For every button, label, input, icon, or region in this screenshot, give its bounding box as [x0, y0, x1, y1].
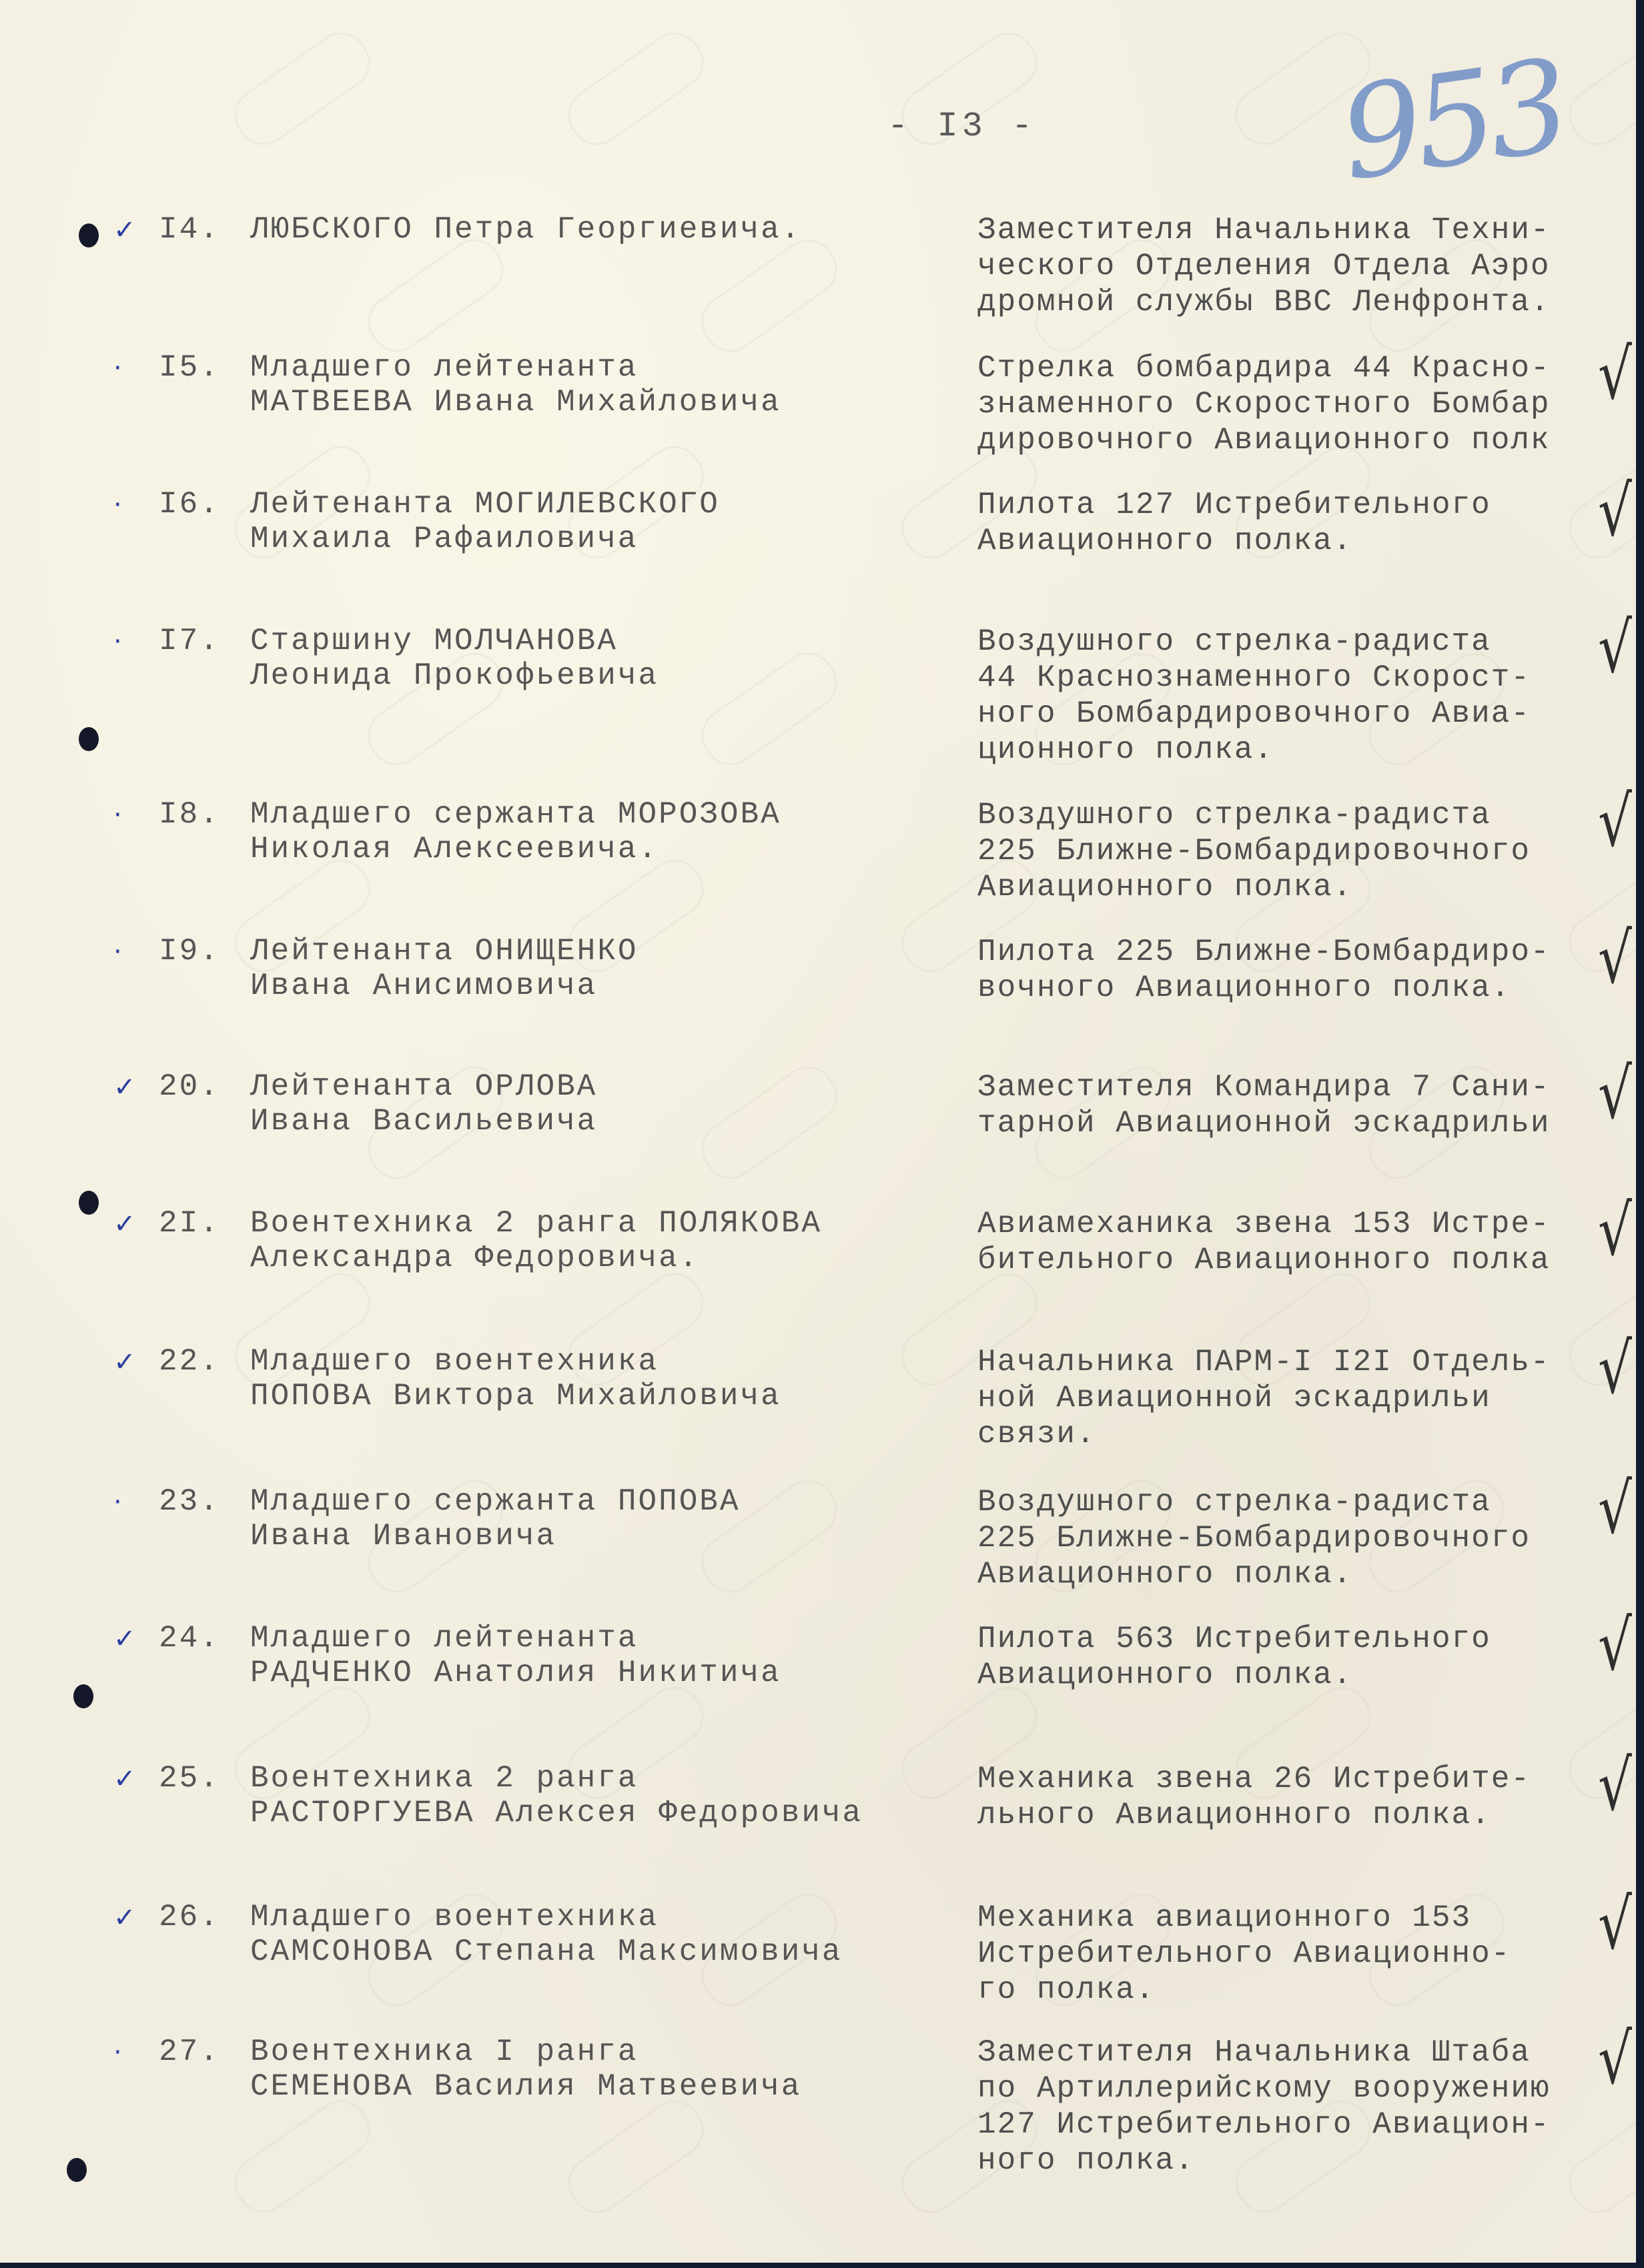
- position-description: Начальника ПАРМ-I I2I Отдель- ной Авиаци…: [977, 1344, 1636, 1452]
- watermark-stamp: [691, 642, 847, 776]
- entry-number: I5.: [159, 350, 220, 385]
- approval-check-icon: √: [1598, 1605, 1632, 1686]
- check-mark-icon: ·: [113, 1487, 122, 1518]
- watermark-stamp: [558, 22, 714, 155]
- approval-check-icon: √: [1598, 1745, 1632, 1826]
- approval-check-icon: √: [1598, 1884, 1632, 1964]
- check-mark-icon: ·: [113, 626, 122, 657]
- entry-number: I8.: [159, 797, 220, 832]
- rank-and-name: Воентехника 2 ранга ПОЛЯКОВА Александра …: [250, 1206, 822, 1275]
- position-description: Пилота 225 Ближне-Бомбардиро- вочного Ав…: [977, 934, 1636, 1006]
- watermark-stamp: [691, 1056, 847, 1189]
- watermark-stamp: [358, 229, 514, 362]
- approval-check-icon: √: [1598, 1468, 1632, 1549]
- approval-check-icon: √: [1598, 1190, 1632, 1271]
- check-mark-icon: ✓: [113, 1072, 136, 1103]
- check-mark-icon: ·: [113, 2037, 122, 2068]
- position-description: Пилота 563 Истребительного Авиационного …: [977, 1621, 1636, 1693]
- approval-check-icon: √: [1598, 471, 1632, 552]
- entry-number: 2I.: [159, 1206, 220, 1241]
- position-description: Заместителя Начальника Штаба по Артиллер…: [977, 2035, 1636, 2179]
- rank-and-name: Лейтенанта МОГИЛЕВСКОГО Михаила Рафаилов…: [250, 487, 720, 556]
- approval-check-icon: √: [1598, 334, 1632, 415]
- rank-and-name: Воентехника 2 ранга РАСТОРГУЕВА Алексея …: [250, 1761, 863, 1830]
- punch-hole: [73, 1684, 93, 1708]
- rank-and-name: Воентехника I ранга СЕМЕНОВА Василия Мат…: [250, 2035, 801, 2104]
- rank-and-name: Лейтенанта ОНИЩЕНКО Ивана Анисимовича: [250, 934, 639, 1003]
- position-description: Механика авиационного 153 Истребительног…: [977, 1900, 1636, 2008]
- position-description: Заместителя Командира 7 Сани- тарной Ави…: [977, 1069, 1636, 1141]
- position-description: Воздушного стрелка-радиста 225 Ближне-Бо…: [977, 797, 1636, 905]
- check-mark-icon: ✓: [113, 1209, 136, 1239]
- entry-number: I4.: [159, 212, 220, 247]
- document-page: - I3 - 953 ✓ I4. ЛЮБСКОГО Петра Георгиев…: [0, 0, 1636, 2263]
- position-description: Стрелка бомбардира 44 Красно- знаменного…: [977, 350, 1636, 458]
- check-mark-icon: ·: [113, 937, 122, 967]
- entry-number: 26.: [159, 1900, 220, 1934]
- rank-and-name: Лейтенанта ОРЛОВА Ивана Васильевича: [250, 1069, 597, 1139]
- punch-hole: [79, 727, 99, 751]
- position-description: Пилота 127 Истребительного Авиационного …: [977, 487, 1636, 559]
- watermark-stamp: [224, 22, 380, 155]
- entry-number: 24.: [159, 1621, 220, 1656]
- rank-and-name: Младшего сержанта ПОПОВА Ивана Ивановича: [250, 1484, 741, 1554]
- check-mark-icon: ·: [113, 353, 122, 384]
- approval-check-icon: √: [1598, 608, 1632, 688]
- check-mark-icon: ·: [113, 490, 122, 520]
- punch-hole: [79, 223, 99, 247]
- handwritten-archive-number: 953: [1332, 32, 1572, 209]
- approval-check-icon: √: [1598, 1053, 1632, 1134]
- approval-check-icon: √: [1598, 1328, 1632, 1409]
- check-mark-icon: ·: [113, 800, 122, 830]
- check-mark-icon: ✓: [113, 1902, 136, 1933]
- approval-check-icon: √: [1598, 781, 1632, 862]
- watermark-stamp: [691, 229, 847, 362]
- entry-number: 27.: [159, 2035, 220, 2069]
- entry-number: I9.: [159, 934, 220, 969]
- entry-number: I7.: [159, 624, 220, 658]
- entry-number: 22.: [159, 1344, 220, 1379]
- rank-and-name: Младшего воентехника ПОПОВА Виктора Миха…: [250, 1344, 781, 1413]
- rank-and-name: Младшего сержанта МОРОЗОВА Николая Алекс…: [250, 797, 781, 867]
- position-description: Авиамеханика звена 153 Истре- бительного…: [977, 1206, 1636, 1278]
- approval-check-icon: √: [1598, 918, 1632, 999]
- watermark-stamp: [224, 2090, 380, 2223]
- approval-check-icon: √: [1598, 2019, 1632, 2099]
- check-mark-icon: ✓: [113, 1624, 136, 1654]
- check-mark-icon: ✓: [113, 1764, 136, 1794]
- entry-number: 23.: [159, 1484, 220, 1519]
- punch-hole: [79, 1191, 99, 1215]
- rank-and-name: Младшего лейтенанта РАДЧЕНКО Анатолия Ни…: [250, 1621, 781, 1690]
- watermark-stamp: [558, 2090, 714, 2223]
- rank-and-name: ЛЮБСКОГО Петра Георгиевича.: [250, 212, 801, 247]
- check-mark-icon: ✓: [113, 215, 136, 245]
- position-description: Воздушного стрелка-радиста 44 Краснознам…: [977, 624, 1636, 768]
- check-mark-icon: ✓: [113, 1347, 136, 1377]
- entry-number: I6.: [159, 487, 220, 522]
- rank-and-name: Старшину МОЛЧАНОВА Леонида Прокофьевича: [250, 624, 659, 693]
- entry-number: 20.: [159, 1069, 220, 1104]
- page-number: - I3 -: [887, 107, 1036, 146]
- entry-number: 25.: [159, 1761, 220, 1796]
- position-description: Заместителя Начальника Техни- ческого От…: [977, 212, 1636, 320]
- rank-and-name: Младшего лейтенанта МАТВЕЕВА Ивана Михай…: [250, 350, 781, 420]
- punch-hole: [67, 2158, 87, 2182]
- rank-and-name: Младшего воентехника САМСОНОВА Степана М…: [250, 1900, 843, 1969]
- position-description: Воздушного стрелка-радиста 225 Ближне-Бо…: [977, 1484, 1636, 1592]
- position-description: Механика звена 26 Истребите- льного Авиа…: [977, 1761, 1636, 1833]
- watermark-stamp: [1559, 22, 1636, 155]
